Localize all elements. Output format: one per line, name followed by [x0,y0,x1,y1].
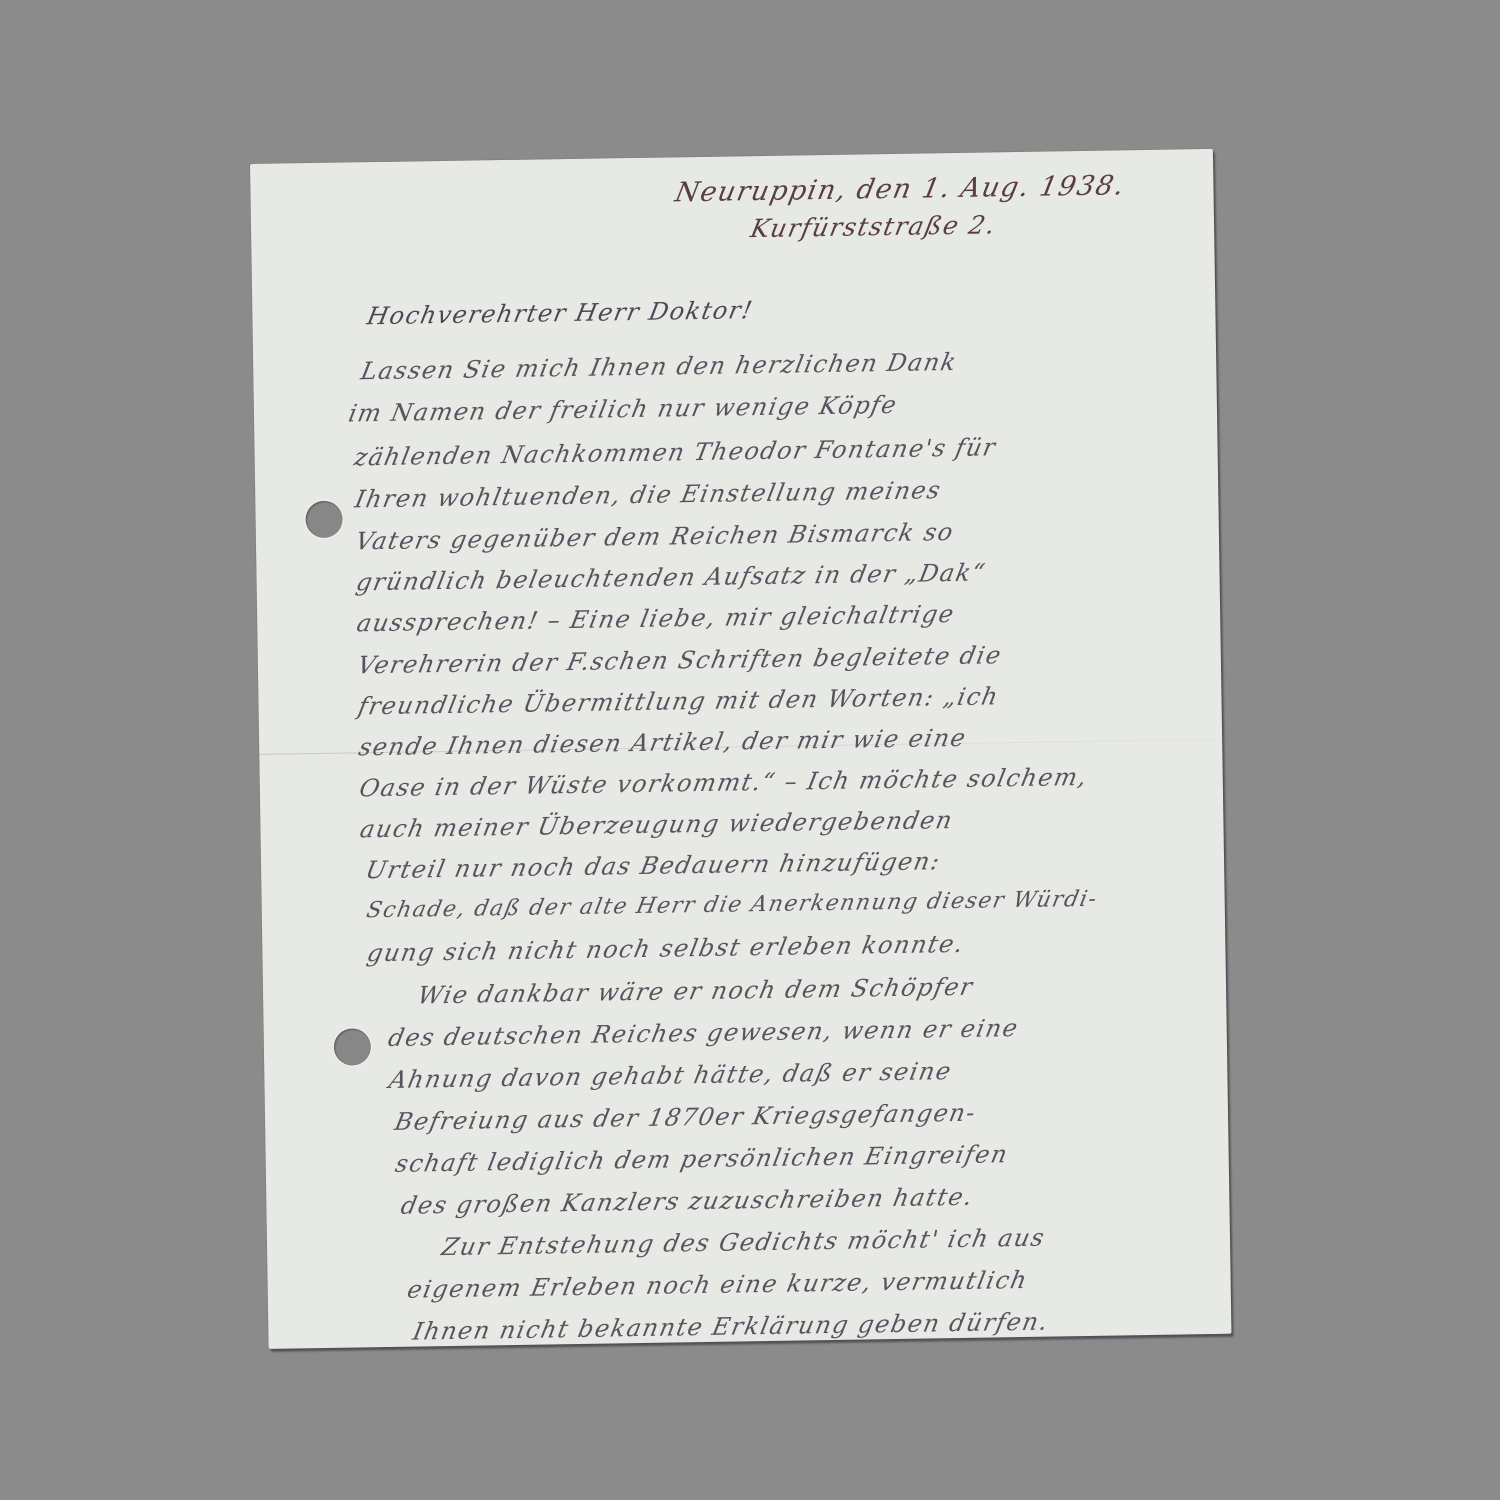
letter-line: Vaters gegenüber dem Reichen Bismarck so [353,518,956,555]
letter-line: Lassen Sie mich Ihnen den herzlichen Dan… [359,348,960,385]
letter-place-date: Neuruppin, den 1. Aug. 1938. [672,170,1127,208]
letter-line: schaft lediglich dem persönlichen Eingre… [393,1140,1011,1178]
letter-line: Schade, daß der alte Herr die Anerkennun… [364,887,1100,924]
letter-line: Zur Entstehung des Gedichts möcht' ich a… [439,1224,1047,1262]
letter-address: Kurfürststraße 2. [748,210,999,243]
letter-line: eigenem Erleben noch eine kurze, vermutl… [405,1266,1030,1304]
letter-line: Verehrerin der F.schen Schriften begleit… [355,641,1004,679]
letter-line: auch meiner Überzeugung wiedergebenden [358,806,956,843]
letter-salutation: Hochverehrter Herr Doktor! [365,296,756,330]
letter-line: zählenden Nachkommen Theodor Fontane's f… [352,433,999,471]
letter-line: freundliche Übermittlung mit den Worten:… [356,682,1002,720]
letter-line: Ihnen nicht bekannte Erklärung geben dür… [411,1308,1052,1346]
letter-line: Oase in der Wüste vorkommt.“ – Ich möcht… [357,763,1090,803]
letter-paper: Neuruppin, den 1. Aug. 1938. Kurfürststr… [250,149,1231,1349]
letter-line: aussprechen! – Eine liebe, mir gleichalt… [354,600,957,637]
letter-line: gründlich beleuchtenden Aufsatz in der „… [354,558,989,596]
letter-line: Urteil nur noch das Bedauern hinzufügen: [363,847,943,884]
letter-line: des deutschen Reiches gewesen, wenn er e… [386,1014,1021,1052]
letter-line: im Namen der freilich nur wenige Köpfe [346,391,900,428]
letter-line: Wie dankbar wäre er noch dem Schöpfer [415,973,976,1010]
letter-line: sende Ihnen diesen Artikel, der mir wie … [356,724,969,762]
punch-hole-bottom [334,1028,372,1066]
punch-hole-top [305,501,343,539]
letter-line: des großen Kanzlers zuzuschreiben hatte. [399,1183,977,1220]
letter-line: Befreiung aus der 1870er Kriegsgefangen- [392,1099,979,1136]
letter-line: gung sich nicht noch selbst erleben konn… [365,930,967,967]
letter-line: Ahnung davon gehabt hätte, daß er seine [387,1057,955,1094]
letter-line: Ihren wohltuenden, die Einstellung meine… [353,476,944,513]
